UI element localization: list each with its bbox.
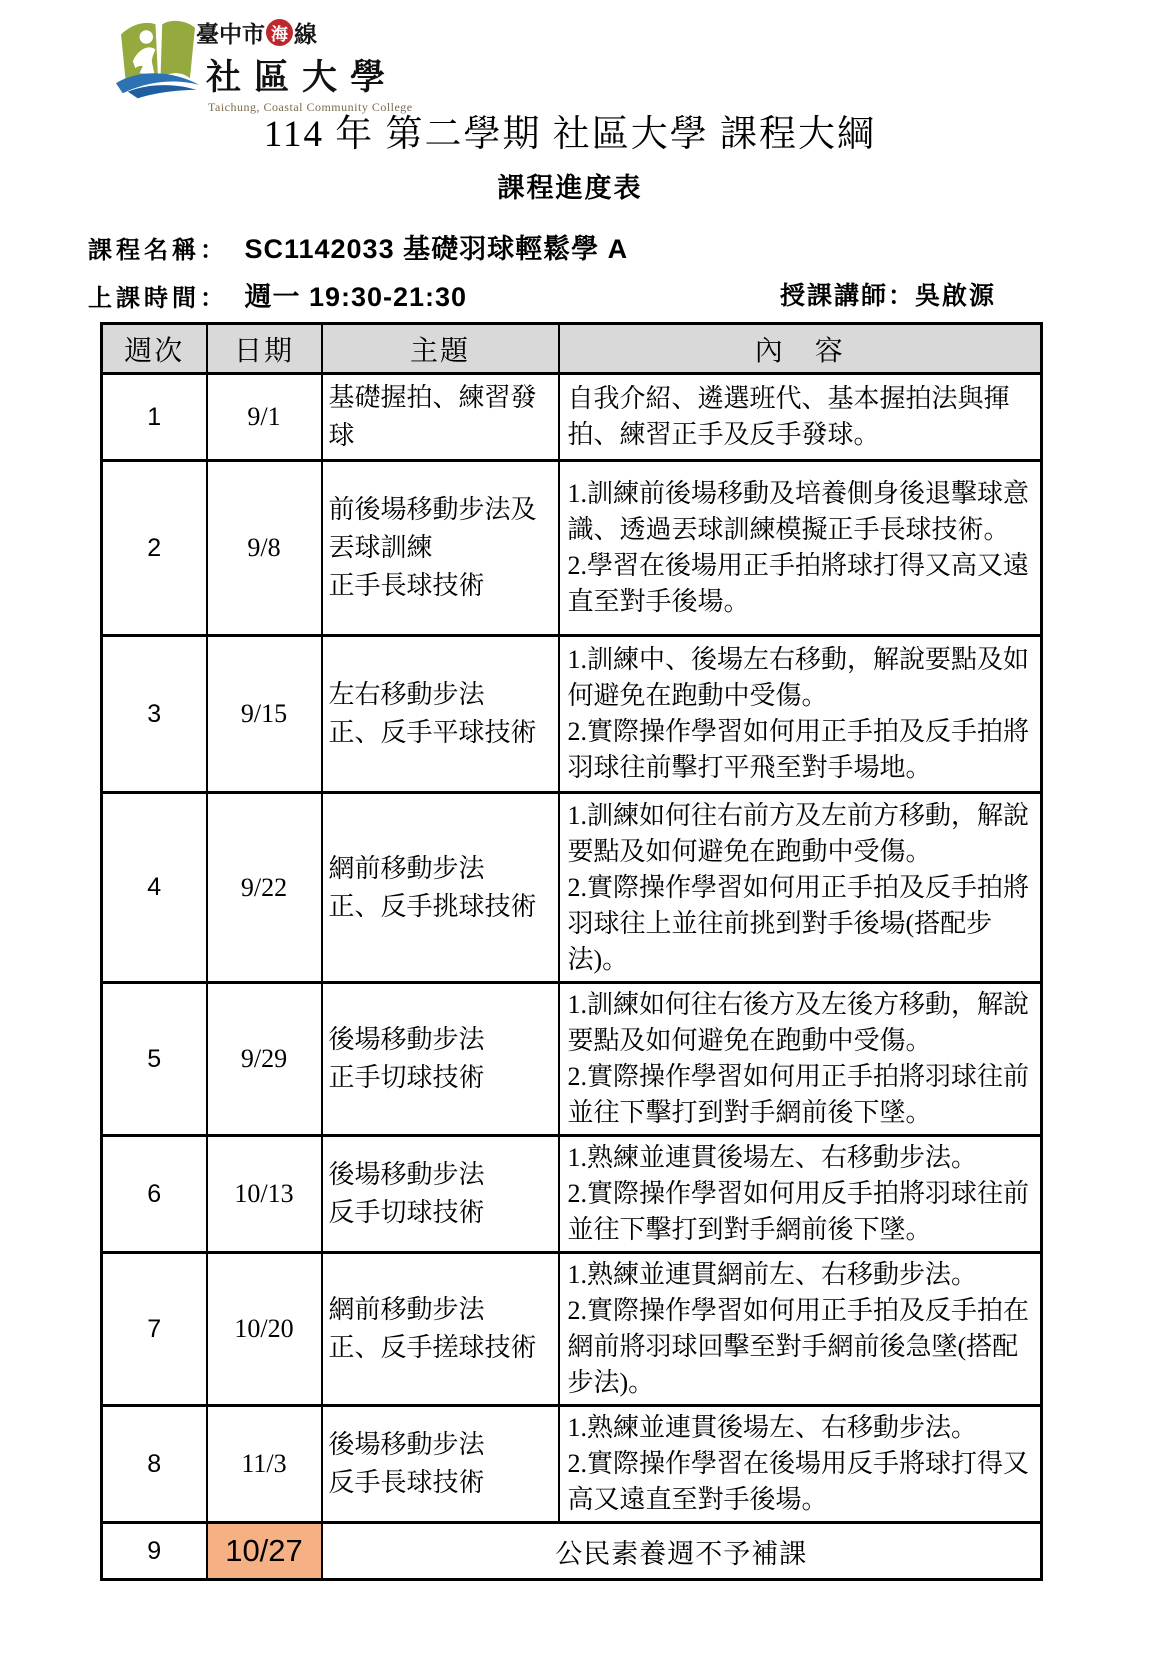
table-row: 7 10/20 網前移動步法 正、反手搓球技術 1.熟練並連貫網前左、右移動步法… [102, 1253, 1042, 1406]
content-cell: 1.熟練並連貫網前左、右移動步法。 2.實際操作學習如何用正手拍及反手拍在網前將… [559, 1253, 1042, 1406]
instructor-text: 授課講師：吳啟源 [780, 276, 996, 312]
content-cell: 1.訓練如何往右前方及左前方移動，解說要點及如何避免在跑動中受傷。 2.實際操作… [559, 793, 1042, 983]
topic-cell: 前後場移動步法及丟球訓練 正手長球技術 [322, 461, 559, 636]
date-cell: 9/1 [207, 374, 322, 461]
topic-cell: 基礎握拍、練習發球 [322, 374, 559, 461]
content-cell: 1.熟練並連貫後場左、右移動步法。 2.實際操作學習在後場用反手將球打得又高又遠… [559, 1406, 1042, 1523]
logo-region-text: 臺中市 [196, 16, 265, 49]
logo-suffix-text: 線 [294, 16, 317, 49]
topic-cell: 網前移動步法 正、反手挑球技術 [322, 793, 559, 983]
schedule-subtitle: 課程進度表 [100, 166, 1040, 205]
topic-cell: 後場移動步法 反手長球技術 [322, 1406, 559, 1523]
course-name-line: 課程名稱： SC1142033 基礎羽球輕鬆學 A [88, 227, 628, 266]
course-name-label: 課程名稱： [88, 237, 228, 264]
course-name-value: SC1142033 基礎羽球輕鬆學 A [244, 234, 628, 264]
date-cell: 9/15 [207, 636, 322, 793]
week-cell: 8 [102, 1406, 207, 1523]
date-cell: 9/22 [207, 793, 322, 983]
civic-week-notice-cell: 公民素養週不予補課 [322, 1523, 1042, 1580]
content-cell: 1.訓練前後場移動及培養側身後退擊球意識、透過丟球訓練模擬正手長球技術。 2.學… [559, 461, 1042, 636]
date-cell: 10/20 [207, 1253, 322, 1406]
week-cell: 5 [102, 983, 207, 1136]
date-cell: 9/8 [207, 461, 322, 636]
table-row: 8 11/3 後場移動步法 反手長球技術 1.熟練並連貫後場左、右移動步法。 2… [102, 1406, 1042, 1523]
header-topic: 主題 [322, 324, 559, 374]
sea-seal-icon: 海 [266, 19, 293, 46]
header-date: 日期 [207, 324, 322, 374]
week-cell: 2 [102, 461, 207, 636]
class-time-value: 週一 19:30-21:30 [244, 282, 467, 312]
page-title: 114 年 第二學期 社區大學 課程大綱 [100, 103, 1040, 157]
week-cell: 6 [102, 1136, 207, 1253]
content-cell: 1.訓練如何往右後方及左後方移動，解說要點及如何避免在跑動中受傷。 2.實際操作… [559, 983, 1042, 1136]
topic-cell: 網前移動步法 正、反手搓球技術 [322, 1253, 559, 1406]
date-cell: 10/13 [207, 1136, 322, 1253]
logo-region-line: 臺中市 海 線 [196, 16, 413, 49]
content-cell: 1.訓練中、後場左右移動，解說要點及如何避免在跑動中受傷。 2.實際操作學習如何… [559, 636, 1042, 793]
week-cell: 1 [102, 374, 207, 461]
course-schedule-table: 週次 日期 主題 內 容 1 9/1 基礎握拍、練習發球 自我介紹、遴選班代、基… [100, 322, 1043, 1581]
date-cell: 11/3 [207, 1406, 322, 1523]
header-week: 週次 [102, 324, 207, 374]
logo-text: 臺中市 海 線 社區大學 Taichung, Coastal Community… [196, 16, 413, 115]
table-row: 6 10/13 後場移動步法 反手切球技術 1.熟練並連貫後場左、右移動步法。 … [102, 1136, 1042, 1253]
week-cell: 7 [102, 1253, 207, 1406]
date-cell: 9/29 [207, 983, 322, 1136]
seal-character: 海 [271, 20, 288, 45]
week-cell: 3 [102, 636, 207, 793]
header-content: 內 容 [559, 324, 1042, 374]
week-cell: 4 [102, 793, 207, 983]
date-cell-highlighted: 10/27 [207, 1523, 322, 1580]
table-row: 5 9/29 後場移動步法 正手切球技術 1.訓練如何往右後方及左後方移動，解說… [102, 983, 1042, 1136]
table-row: 2 9/8 前後場移動步法及丟球訓練 正手長球技術 1.訓練前後場移動及培養側身… [102, 461, 1042, 636]
college-logo: 臺中市 海 線 社區大學 Taichung, Coastal Community… [116, 12, 426, 106]
topic-cell: 左右移動步法 正、反手平球技術 [322, 636, 559, 793]
table-row-civic-week: 9 10/27 公民素養週不予補課 [102, 1523, 1042, 1580]
week-cell: 9 [102, 1523, 207, 1580]
table-row: 1 9/1 基礎握拍、練習發球 自我介紹、遴選班代、基本握拍法與揮拍、練習正手及… [102, 374, 1042, 461]
table-header-row: 週次 日期 主題 內 容 [102, 324, 1042, 374]
topic-cell: 後場移動步法 反手切球技術 [322, 1136, 559, 1253]
class-time-line: 上課時間： 週一 19:30-21:30 授課講師：吳啟源 [88, 275, 467, 314]
table-row: 3 9/15 左右移動步法 正、反手平球技術 1.訓練中、後場左右移動，解說要點… [102, 636, 1042, 793]
document-page: 臺中市 海 線 社區大學 Taichung, Coastal Community… [0, 0, 1175, 1661]
college-name: 社區大學 [206, 50, 413, 100]
open-book-wave-icon [116, 14, 200, 102]
content-cell: 1.熟練並連貫後場左、右移動步法。 2.實際操作學習如何用反手拍將羽球往前並往下… [559, 1136, 1042, 1253]
table-row: 4 9/22 網前移動步法 正、反手挑球技術 1.訓練如何往右前方及左前方移動，… [102, 793, 1042, 983]
content-cell: 自我介紹、遴選班代、基本握拍法與揮拍、練習正手及反手發球。 [559, 374, 1042, 461]
topic-cell: 後場移動步法 正手切球技術 [322, 983, 559, 1136]
class-time-label: 上課時間： [88, 285, 228, 312]
